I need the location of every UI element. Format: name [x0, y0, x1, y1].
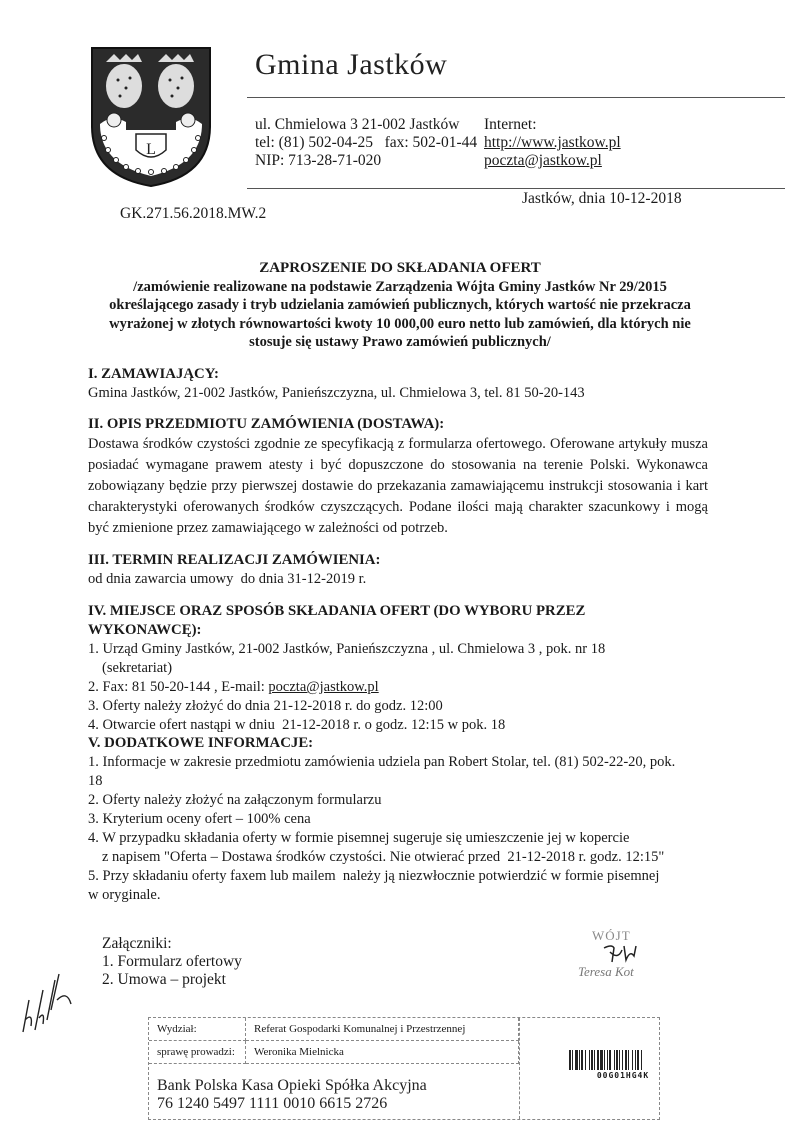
list-item-cont: (sekretariat) [88, 659, 708, 678]
section-heading: V. DODATKOWE INFORMACJE: [88, 734, 708, 753]
footer-divider [519, 1018, 520, 1119]
reference-number: GK.271.56.2018.MW.2 [120, 205, 266, 223]
section-text: Dostawa środków czystości zgodnie ze spe… [88, 434, 708, 539]
barcode-number: 00G01HG4K [569, 1071, 677, 1080]
header-divider-top [247, 97, 785, 98]
barcode-icon [569, 1050, 677, 1070]
svg-text:L: L [146, 141, 156, 158]
internet-label: Internet: [484, 116, 621, 134]
list-item-text: 2. Fax: 81 50-20-144 , E-mail: [88, 679, 268, 695]
list-item: 5. Przy składaniu oferty faxem lub maile… [88, 867, 708, 886]
list-item: 3. Kryterium oceny ofert – 100% cena [88, 810, 708, 829]
subtitle-line: określającego zasady i tryb udzielania z… [80, 296, 720, 315]
subtitle-line: wyrażonej w złotych równowartości kwoty … [80, 315, 720, 334]
nip-line: NIP: 713-28-71-020 [255, 152, 477, 170]
attachments-heading: Załączniki: [102, 935, 242, 953]
mayor-name: Teresa Kot [578, 964, 634, 980]
website-link[interactable]: http://www.jastkow.pl [484, 134, 621, 152]
handwritten-initials-icon [15, 960, 75, 1040]
list-item: 2. Fax: 81 50-20-144 , E-mail: poczta@ja… [88, 678, 708, 697]
section-heading: II. OPIS PRZEDMIOTU ZAMÓWIENIA (DOSTAWA)… [88, 415, 708, 434]
department-label: Wydział: [149, 1018, 246, 1041]
table-row: sprawę prowadzi: Weronika Mielnicka [149, 1041, 519, 1064]
mayor-signature-stamp: WÓJT Teresa Kot [578, 928, 668, 984]
section-additional-info: V. DODATKOWE INFORMACJE: 1. Informacje w… [88, 734, 708, 905]
section-text: od dnia zawarcia umowy do dnia 31-12-201… [88, 570, 708, 589]
document-title: ZAPROSZENIE DO SKŁADANIA OFERT [80, 259, 720, 278]
list-item: 2. Oferty należy złożyć na załączonym fo… [88, 791, 708, 810]
section-heading: I. ZAMAWIAJĄCY: [88, 365, 708, 384]
list-item: 1. Informacje w zakresie przedmiotu zamó… [88, 753, 708, 772]
list-item-cont: z napisem "Oferta – Dostawa środków czys… [88, 848, 708, 867]
list-item: 4. W przypadku składania oferty w formie… [88, 829, 708, 848]
document-title-block: ZAPROSZENIE DO SKŁADANIA OFERT /zamówien… [80, 259, 720, 352]
section-submission: IV. MIEJSCE ORAZ SPOSÓB SKŁADANIA OFERT … [88, 602, 708, 735]
phone-fax-line: tel: (81) 502-04-25 fax: 502-01-44 [255, 134, 477, 152]
attachment-item: 1. Formularz ofertowy [102, 953, 242, 971]
document-date: Jastków, dnia 10-12-2018 [522, 190, 682, 208]
municipality-title: Gmina Jastków [255, 48, 447, 82]
address-line: ul. Chmielowa 3 21-002 Jastków [255, 116, 477, 134]
subtitle-line: /zamówienie realizowane na podstawie Zar… [80, 278, 720, 297]
list-item-cont: 18 [88, 772, 708, 791]
footer-info-box: Wydział: Referat Gospodarki Komunalnej i… [148, 1017, 660, 1120]
list-item: 3. Oferty należy złożyć do dnia 21-12-20… [88, 697, 708, 716]
list-item: 1. Urząd Gminy Jastków, 21-002 Jastków, … [88, 640, 708, 659]
handler-label: sprawę prowadzi: [149, 1041, 246, 1064]
section-ordering-party: I. ZAMAWIAJĄCY: Gmina Jastków, 21-002 Ja… [88, 365, 708, 403]
handler-value: Weronika Mielnicka [246, 1041, 519, 1064]
list-item: 4. Otwarcie ofert nastąpi w dniu 21-12-2… [88, 716, 708, 735]
coat-of-arms-icon: L [90, 46, 212, 188]
bank-info: Bank Polska Kasa Opieki Spółka Akcyjna 7… [157, 1077, 427, 1113]
section-text: Gmina Jastków, 21-002 Jastków, Panieńszc… [88, 384, 708, 403]
email-link[interactable]: poczta@jastkow.pl [484, 152, 621, 170]
section-heading: III. TERMIN REALIZACJI ZAMÓWIENIA: [88, 551, 708, 570]
department-value: Referat Gospodarki Komunalnej i Przestrz… [246, 1018, 519, 1041]
case-info-table: Wydział: Referat Gospodarki Komunalnej i… [149, 1018, 519, 1064]
attachment-item: 2. Umowa – projekt [102, 971, 242, 989]
subtitle-line: stosuje się ustawy Prawo zamówień public… [80, 333, 720, 352]
bank-name: Bank Polska Kasa Opieki Spółka Akcyjna [157, 1077, 427, 1095]
bank-account: 76 1240 5497 1111 0010 6615 2726 [157, 1095, 427, 1113]
header-divider-bottom [247, 188, 785, 189]
list-item-cont: w oryginale. [88, 886, 708, 905]
section-subject: II. OPIS PRZEDMIOTU ZAMÓWIENIA (DOSTAWA)… [88, 415, 708, 539]
table-row: Wydział: Referat Gospodarki Komunalnej i… [149, 1018, 519, 1041]
section-deadline: III. TERMIN REALIZACJI ZAMÓWIENIA: od dn… [88, 551, 708, 589]
signature-scribble-icon [600, 942, 650, 966]
email-link[interactable]: poczta@jastkow.pl [268, 679, 378, 695]
section-heading-cont: WYKONAWCĘ): [88, 621, 708, 640]
contact-block: Internet: http://www.jastkow.pl poczta@j… [484, 116, 621, 170]
attachments: Załączniki: 1. Formularz ofertowy 2. Umo… [102, 935, 242, 989]
address-block: ul. Chmielowa 3 21-002 Jastków tel: (81)… [255, 116, 477, 170]
section-heading: IV. MIEJSCE ORAZ SPOSÓB SKŁADANIA OFERT … [88, 602, 708, 621]
